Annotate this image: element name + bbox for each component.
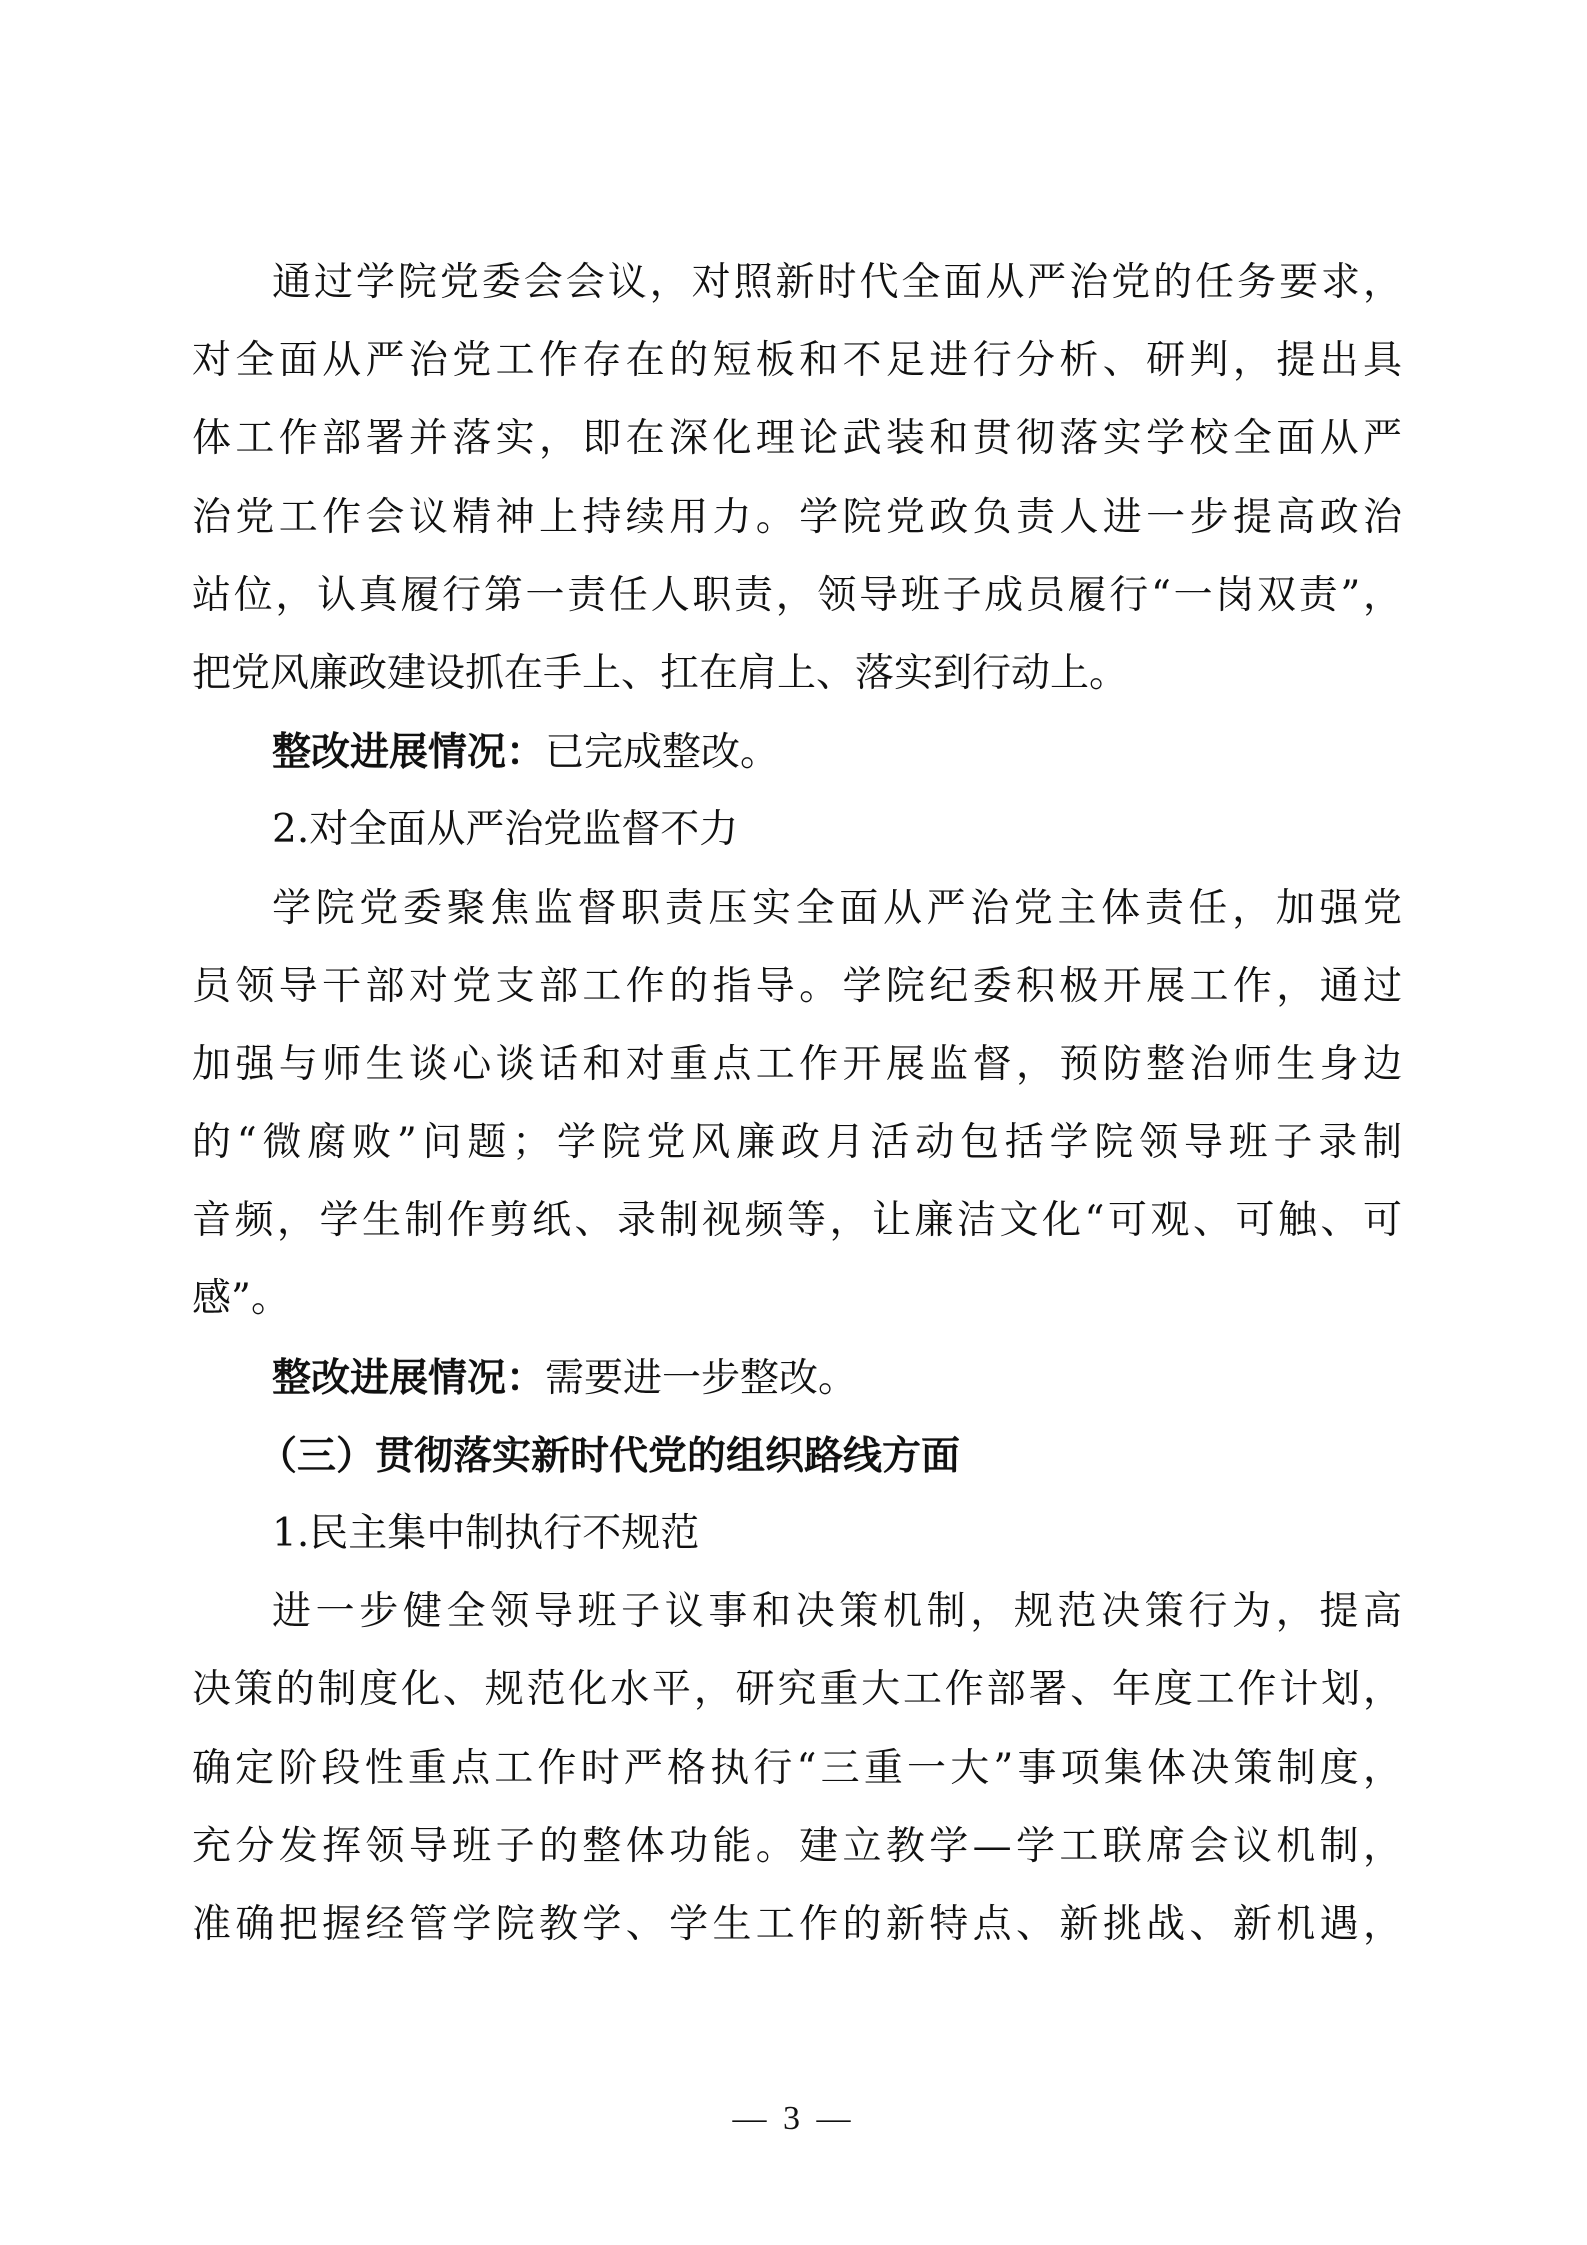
paragraph-line: 把党风廉政建设抓在手上、扛在肩上、落实到行动上。 <box>192 635 1402 713</box>
paragraph-line: 决策的制度化、规范化水平，研究重大工作部署、年度工作计划， <box>192 1651 1402 1729</box>
paragraph-line: 的“微腐败”问题；学院党风廉政月活动包括学院领导班子录制 <box>192 1104 1402 1182</box>
paragraph-line: 准确把握经管学院教学、学生工作的新特点、新挑战、新机遇， <box>192 1886 1402 1964</box>
paragraph-line: 音频，学生制作剪纸、录制视频等，让廉洁文化“可观、可触、可 <box>192 1182 1402 1260</box>
paragraph-line: 治党工作会议精神上持续用力。学院党政负责人进一步提高政治 <box>192 479 1402 557</box>
paragraph-line: 充分发挥领导班子的整体功能。建立教学—学工联席会议机制， <box>192 1808 1402 1886</box>
paragraph-line: 感”。 <box>192 1260 1402 1338</box>
paragraph-line: 体工作部署并落实，即在深化理论武装和贯彻落实学校全面从严 <box>192 400 1402 478</box>
paragraph-line: 通过学院党委会会议，对照新时代全面从严治党的任务要求， <box>192 244 1402 322</box>
rectification-status: 整改进展情况：已完成整改。 <box>192 713 1402 791</box>
paragraph-line: 员领导干部对党支部工作的指导。学院纪委积极开展工作，通过 <box>192 948 1402 1026</box>
paragraph-line: 进一步健全领导班子议事和决策机制，规范决策行为，提高 <box>192 1573 1402 1651</box>
paragraph-line: 对全面从严治党工作存在的短板和不足进行分析、研判，提出具 <box>192 322 1402 400</box>
section-heading: （三）贯彻落实新时代党的组织路线方面 <box>192 1417 1402 1495</box>
document-page: 通过学院党委会会议，对照新时代全面从严治党的任务要求， 对全面从严治党工作存在的… <box>192 244 1402 1964</box>
page-number: — 3 — <box>0 2100 1587 2138</box>
paragraph-line: 加强与师生谈心谈话和对重点工作开展监督，预防整治师生身边 <box>192 1026 1402 1104</box>
paragraph-line: 学院党委聚焦监督职责压实全面从严治党主体责任，加强党 <box>192 870 1402 948</box>
item-title: 2.对全面从严治党监督不力 <box>192 791 1402 869</box>
status-label: 整改进展情况： <box>272 729 545 775</box>
paragraph-line: 确定阶段性重点工作时严格执行“三重一大”事项集体决策制度， <box>192 1730 1402 1808</box>
status-label: 整改进展情况： <box>272 1355 545 1401</box>
status-value: 需要进一步整改。 <box>545 1356 857 1401</box>
status-value: 已完成整改。 <box>545 730 779 775</box>
paragraph-line: 站位，认真履行第一责任人职责，领导班子成员履行“一岗双责”， <box>192 557 1402 635</box>
rectification-status: 整改进展情况：需要进一步整改。 <box>192 1339 1402 1417</box>
item-title: 1.民主集中制执行不规范 <box>192 1495 1402 1573</box>
